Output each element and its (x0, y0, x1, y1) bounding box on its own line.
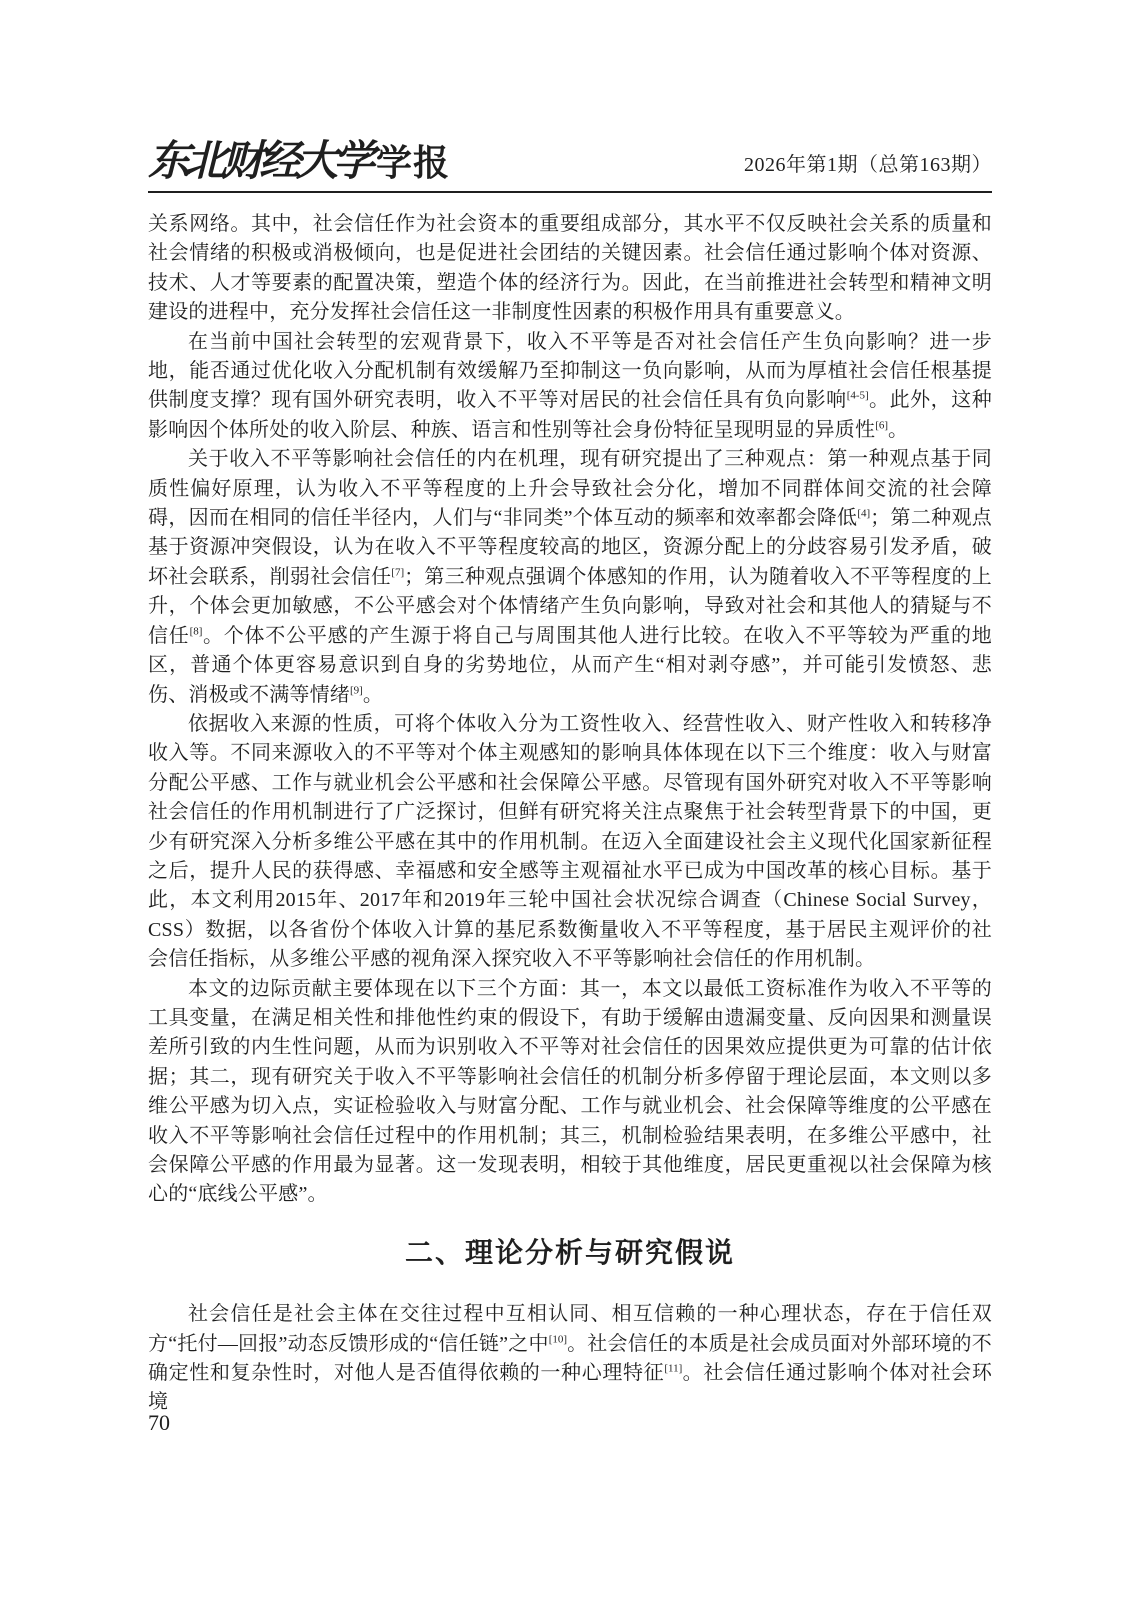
issue-info: 2026年第1期（总第163期） (744, 153, 992, 182)
section-paragraphs: 社会信任是社会主体在交往过程中互相认同、相互信赖的一种心理状态，存在于信任双方“… (148, 1300, 992, 1418)
page-number: 70 (148, 1410, 170, 1436)
reference-marker: [6] (875, 419, 888, 431)
intro-paragraphs: 关系网络。其中，社会信任作为社会资本的重要组成部分，其水平不仅反映社会关系的质量… (148, 210, 992, 1210)
paragraph: 关于收入不平等影响社会信任的内在机理，现有研究提出了三种观点：第一种观点基于同质… (148, 445, 992, 710)
journal-logo-suffix: 学报 (376, 143, 450, 183)
reference-marker: [9] (350, 684, 363, 696)
reference-marker: [8] (190, 625, 203, 637)
paragraph: 关系网络。其中，社会信任作为社会资本的重要组成部分，其水平不仅反映社会关系的质量… (148, 210, 992, 328)
reference-marker: [7] (391, 566, 404, 578)
paragraph: 本文的边际贡献主要体现在以下三个方面：其一，本文以最低工资标准作为收入不平等的工… (148, 975, 992, 1210)
paragraph: 在当前中国社会转型的宏观背景下，收入不平等是否对社会信任产生负向影响？进一步地，… (148, 328, 992, 446)
journal-logo: 东北财经大学学报 (148, 140, 450, 182)
page-header: 东北财经大学学报 2026年第1期（总第163期） (148, 140, 992, 193)
reference-marker: [4-5] (847, 390, 869, 402)
journal-logo-calligraphy: 东北财经大学 (148, 136, 370, 185)
reference-marker: [4] (857, 507, 870, 519)
article-body: 关系网络。其中，社会信任作为社会资本的重要组成部分，其水平不仅反映社会关系的质量… (148, 210, 992, 1418)
section-heading: 二、理论分析与研究假说 (148, 1236, 992, 1272)
reference-marker: [11] (664, 1362, 682, 1374)
journal-page: 东北财经大学学报 2026年第1期（总第163期） 关系网络。其中，社会信任作为… (0, 0, 1140, 1600)
paragraph: 依据收入来源的性质，可将个体收入分为工资性收入、经营性收入、财产性收入和转移净收… (148, 710, 992, 975)
paragraph: 社会信任是社会主体在交往过程中互相认同、相互信赖的一种心理状态，存在于信任双方“… (148, 1300, 992, 1418)
reference-marker: [10] (549, 1333, 567, 1345)
